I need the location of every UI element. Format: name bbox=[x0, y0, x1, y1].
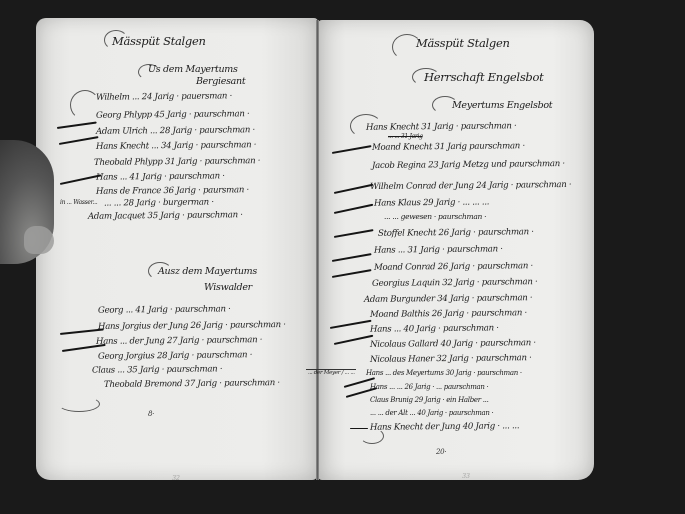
left-stamp-number: 32 bbox=[172, 474, 180, 482]
list-item: Hans ... der Jung 27 Jarig · paurschman … bbox=[96, 335, 262, 347]
left-margin-note: in ... Wasser... bbox=[60, 199, 97, 206]
list-item: Jacob Regina 23 Jarig Metzg und paurschm… bbox=[372, 159, 565, 171]
list-item: Hans ... 40 Jarig · paurschman · bbox=[370, 323, 499, 334]
right-margin-note: ... der Meyer / ... ... bbox=[308, 370, 360, 376]
list-item: Hans ... 41 Jarig · paurschman · bbox=[96, 171, 225, 182]
right-folio-mark: 20· bbox=[436, 448, 446, 456]
right-stamp-number: 33 bbox=[462, 472, 470, 480]
list-item: Georg Jorgius 28 Jarig · paurschman · bbox=[98, 350, 252, 362]
list-item: Moand Balthis 26 Jarig · paurschman · bbox=[370, 308, 527, 320]
list-item: ... ... der Alt ... 40 Jarig · paurschma… bbox=[370, 409, 493, 417]
list-item: Moand Knecht 31 Jarig paurschman · bbox=[372, 141, 525, 153]
list-item: Hans Jorgius der Jung 26 Jarig · paursch… bbox=[98, 320, 286, 332]
list-item-struck: ... ... 31 Jarig bbox=[388, 133, 423, 140]
list-item: Moand Conrad 26 Jarig · paurschman · bbox=[374, 261, 533, 273]
right-page-subheading: Herrschaft Engelsbot bbox=[424, 70, 543, 84]
list-item: Hans Knecht 31 Jarig · paurschman · bbox=[366, 121, 517, 133]
list-item: Claus ... 35 Jarig · paurschman · bbox=[92, 364, 222, 375]
list-item: Hans ... 31 Jarig · paurschman · bbox=[374, 244, 503, 255]
list-item-continuation: ... ... gewesen · paurschman · bbox=[384, 212, 486, 221]
left-section2-title-2: Wiswalder bbox=[204, 282, 252, 293]
list-item: Theobald Phlypp 31 Jarig · paurschman · bbox=[94, 156, 260, 168]
left-page-heading: Mässpüt Stalgen bbox=[112, 34, 206, 48]
list-item: Hans ... ... 26 Jarig · ... paurschman · bbox=[370, 383, 488, 391]
left-section2-title-1: Ausz dem Mayertums bbox=[158, 266, 257, 277]
flourish-icon bbox=[58, 396, 100, 412]
list-item: Georg ... 41 Jarig · paurschman · bbox=[98, 304, 231, 315]
list-item: Stoffel Knecht 26 Jarig · paurschman · bbox=[378, 227, 534, 239]
list-item: Hans de France 36 Jarig · paursman · bbox=[96, 185, 249, 197]
list-item: Adam Ulrich ... 28 Jarig · paurschman · bbox=[96, 125, 255, 137]
list-item: ... ... 28 Jarig · burgerman · bbox=[104, 197, 214, 208]
left-folio-mark: 8· bbox=[148, 410, 154, 418]
thumbnail-nail bbox=[24, 226, 54, 254]
list-item: Hans Klaus 29 Jarig · ... ... ... bbox=[374, 197, 489, 208]
list-item: Claus Brunig 29 Jarig · ein Halber ... bbox=[370, 396, 489, 404]
list-item: Nicolaus Gallard 40 Jarig · paurschman · bbox=[370, 338, 536, 350]
list-item: Georgius Laquin 32 Jarig · paurschman · bbox=[372, 277, 538, 289]
list-item: Adam Jacquet 35 Jarig · paurschman · bbox=[88, 210, 243, 222]
right-page-heading: Mässpüt Stalgen bbox=[416, 36, 510, 50]
right-section-title: Meyertums Engelsbot bbox=[452, 100, 552, 111]
list-item: Adam Burgunder 34 Jarig · paurschman · bbox=[364, 293, 532, 305]
list-item: Theobald Bremond 37 Jarig · paurschman · bbox=[104, 378, 280, 390]
list-item: Wilhelm Conrad der Jung 24 Jarig · paurs… bbox=[370, 180, 571, 192]
left-section1-title-2: Bergiesant bbox=[196, 76, 245, 87]
flourish-icon bbox=[360, 428, 384, 444]
list-item: Hans Knecht ... 34 Jarig · paurschman · bbox=[96, 140, 256, 152]
list-item: Georg Phlypp 45 Jarig · paurschman · bbox=[96, 109, 250, 121]
book-gutter bbox=[316, 20, 319, 480]
list-item: Wilhelm ... 24 Jarig · pauersman · bbox=[96, 91, 232, 102]
list-item: Nicolaus Haner 32 Jarig · paurschman · bbox=[370, 353, 532, 365]
list-item: Hans ... des Meyertums 30 Jarig · paursc… bbox=[366, 369, 522, 377]
left-section1-title-1: Us dem Mayertums bbox=[148, 64, 238, 75]
list-item: Hans Knecht der Jung 40 Jarig · ... ... bbox=[370, 421, 519, 433]
